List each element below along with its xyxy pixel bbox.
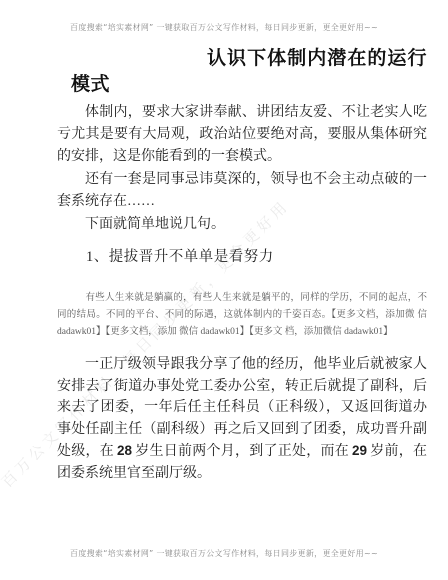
article-title: 认识下体制内潜在的运行模式 [71, 46, 427, 98]
story-paragraph: 一正厅级领导跟我分享了他的经历，他毕业后就被家人安排去了街道办事处党工委办公室，… [57, 354, 427, 484]
section-1-heading: 1、提拔晋升不单单是看努力 [57, 246, 427, 268]
header-promo-note: 百度搜索“培实素材网” 一键获取百万公文写作材料，每日同步更新，更全更好用~~ [0, 22, 448, 33]
story-age-28: 28 [117, 443, 132, 458]
story-age-29: 29 [352, 443, 367, 458]
article-body: 认识下体制内潜在的运行模式 体制内，要求大家讲奉献、讲团结友爱、不让老实人吃亏尤… [57, 46, 427, 484]
paragraph-visible-system: 体制内，要求大家讲奉献、讲团结友爱、不让老实人吃亏尤其是要有大局观，政治站位要绝… [57, 102, 427, 168]
paragraph-intro: 下面就简单地说几句。 [57, 214, 427, 236]
document-page: 百万公文写作材料，每日同步更新，更全更好用 百度搜索“培实素材网” 一键获取百万… [0, 0, 448, 580]
footer-promo-note: 百度搜索“培实素材网” 一键获取百万公文写作材料，每日同步更新，更全更好用~~ [0, 548, 448, 559]
story-part-2: 岁生日前两个月，到了正处，而在 [135, 444, 349, 459]
paragraph-hidden-system: 还有一套是同事忌讳莫深的，领导也不会主动点破的一套系统存在…… [57, 169, 427, 213]
embedded-ad-note: 有些人生来就是躺赢的，有些人生来就是躺平的，同样的学历，不同的起点，不同的结局。… [57, 290, 427, 341]
